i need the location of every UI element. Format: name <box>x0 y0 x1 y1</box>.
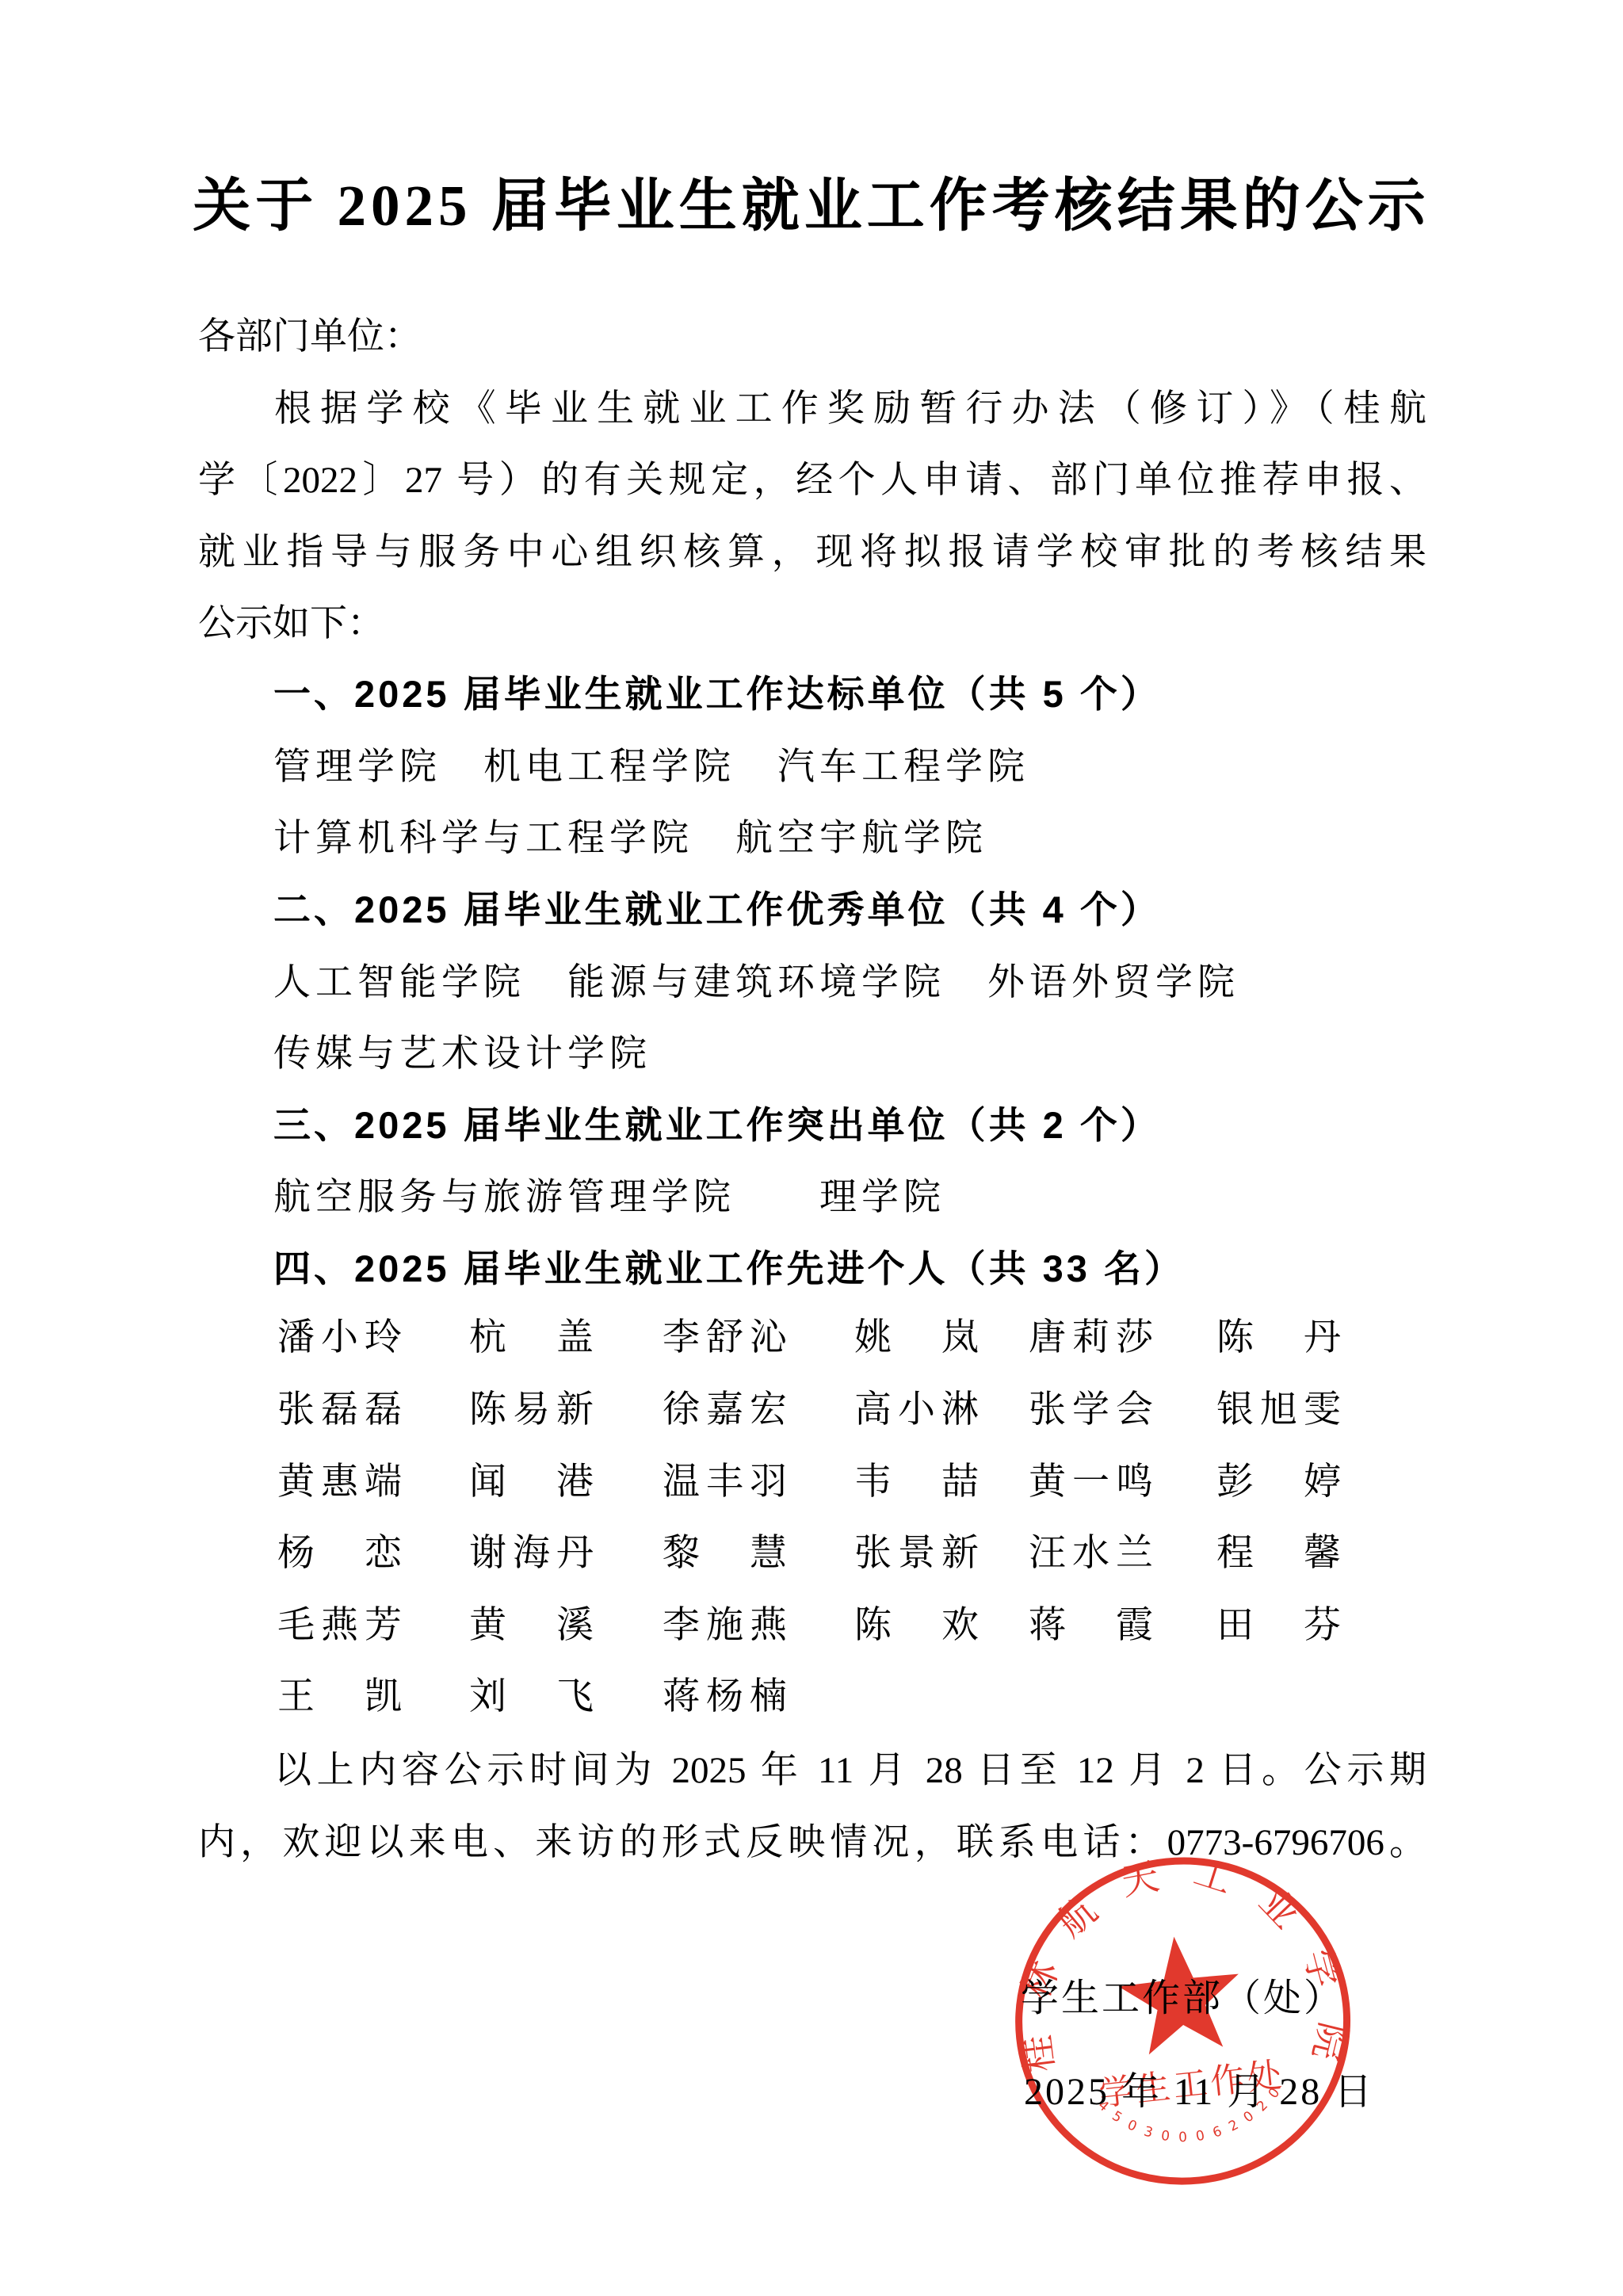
signature-department: 学生工作部（处） <box>1021 1967 1344 2022</box>
person-name: 蒋杨楠 <box>663 1675 793 1719</box>
person-name: 蒋 霞 <box>1029 1603 1159 1648</box>
person-name: 程 馨 <box>1216 1531 1347 1576</box>
person-name: 谢海丹 <box>469 1531 600 1576</box>
person-name: 张景新 <box>854 1531 985 1576</box>
person-name: 张磊磊 <box>277 1388 408 1432</box>
person-name: 温丰羽 <box>663 1460 793 1504</box>
person-name: 银旭雯 <box>1216 1388 1347 1432</box>
person-name: 王 凯 <box>277 1675 408 1719</box>
section-2-heading: 二、2025 届毕业生就业工作优秀单位（共 4 个） <box>273 886 1161 934</box>
section-3-heading: 三、2025 届毕业生就业工作突出单位（共 2 个） <box>273 1102 1161 1149</box>
section-4-heading: 四、2025 届毕业生就业工作先进个人（共 33 名） <box>273 1245 1185 1293</box>
section-1-heading: 一、2025 届毕业生就业工作达标单位（共 5 个） <box>273 670 1161 718</box>
person-name: 韦 喆 <box>854 1460 985 1504</box>
announcement-page: 关于 2025 届毕业生就业工作考核结果的公示 各部门单位： 根据学校《毕业生就… <box>0 0 1623 2296</box>
person-name: 唐莉莎 <box>1029 1316 1159 1360</box>
person-name: 杭 盖 <box>469 1316 600 1360</box>
section-1-units-row-2: 计算机科学与工程学院 航空宇航学院 <box>273 815 987 862</box>
person-name: 黄 溪 <box>469 1603 600 1648</box>
section-2-units-row-2: 传媒与艺术设计学院 <box>273 1030 651 1078</box>
person-name: 黄惠端 <box>277 1460 408 1504</box>
salutation: 各部门单位： <box>198 313 1426 361</box>
person-name: 汪水兰 <box>1029 1531 1159 1576</box>
person-name: 姚 岚 <box>854 1316 985 1360</box>
person-name: 闻 港 <box>469 1460 600 1504</box>
intro-line-1: 根据学校《毕业生就业工作奖励暂行办法（修订）》（桂航 <box>198 385 1426 433</box>
signature-date: 2025 年 11 月 28 日 <box>1024 2061 1374 2115</box>
person-name: 陈易新 <box>469 1388 600 1432</box>
person-name: 黎 慧 <box>663 1531 793 1576</box>
person-name: 黄一鸣 <box>1029 1460 1159 1504</box>
person-name: 李舒沁 <box>663 1316 793 1360</box>
person-name: 陈 欢 <box>854 1603 985 1648</box>
person-name: 徐嘉宏 <box>663 1388 793 1432</box>
section-2-units-row-1: 人工智能学院 能源与建筑环境学院 外语外贸学院 <box>273 959 1239 1007</box>
person-name: 张学会 <box>1029 1388 1159 1432</box>
closing-line-2: 内，欢迎以来电、来访的形式反映情况，联系电话：0773-6796706。 <box>198 1819 1426 1866</box>
person-name: 彭 婷 <box>1216 1460 1347 1504</box>
intro-line-3: 就业指导与服务中心组织核算，现将拟报请学校审批的考核结果 <box>198 529 1426 576</box>
person-name: 李施燕 <box>663 1603 793 1648</box>
person-name: 高小淋 <box>854 1388 985 1432</box>
person-name: 田 芬 <box>1216 1603 1347 1648</box>
person-name: 毛燕芳 <box>277 1603 408 1648</box>
closing-line-1: 以上内容公示时间为 2025 年 11 月 28 日至 12 月 2 日。公示期 <box>198 1747 1426 1794</box>
section-1-units-row-1: 管理学院 机电工程学院 汽车工程学院 <box>273 743 1029 791</box>
intro-line-2: 学〔2022〕27 号）的有关规定，经个人申请、部门单位推荐申报、 <box>198 457 1426 504</box>
intro-line-4: 公示如下： <box>198 600 1426 648</box>
person-name: 陈 丹 <box>1216 1316 1347 1360</box>
section-3-units-row-1: 航空服务与旅游管理学院 理学院 <box>273 1174 945 1221</box>
page-title: 关于 2025 届毕业生就业工作考核结果的公示 <box>0 159 1623 242</box>
person-name: 刘 飞 <box>469 1675 600 1719</box>
person-name: 潘小玲 <box>277 1316 408 1360</box>
person-name: 杨 恋 <box>277 1531 408 1576</box>
official-seal: 桂林航天工业学院 学生工作处 4503000620203 <box>990 1837 1377 2211</box>
